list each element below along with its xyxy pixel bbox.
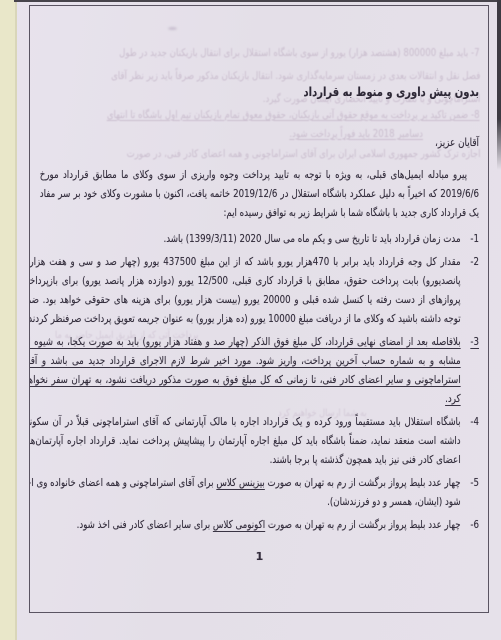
letter-content: بدون پیش داوری و منوط به قرارداد آقایان …: [30, 6, 488, 612]
list-item: 3- بلافاصله بعد از امضای نهایی قرارداد، …: [30, 332, 479, 408]
item-number: 1-: [470, 229, 479, 248]
item-number: 3-: [470, 332, 479, 351]
text-segment: باشگاه استقلال باید مستقیماً ورود کرده و…: [30, 415, 461, 466]
numbered-clause-list: 1- مدت زمان قرارداد باید تا تاریخ سی و ی…: [39, 229, 479, 534]
scan-edge-strip: [0, 0, 17, 640]
text-segment: مدت زمان قرارداد باید تا تاریخ سی و یکم …: [163, 232, 460, 245]
scan-top-edge-line: [14, 0, 501, 2]
list-item: 4- باشگاه استقلال باید مستقیماً ورود کرد…: [30, 412, 479, 469]
item-number: 4-: [470, 412, 479, 431]
text-segment: برای سایر اعضای کادر فنی اخذ شود.: [77, 518, 213, 531]
item-text: چهار عدد بلیط پرواز برگشت از رم به تهران…: [77, 518, 461, 531]
page-border: بدون پیش داوری و منوط به قرارداد آقایان …: [29, 5, 489, 613]
letter-heading: بدون پیش داوری و منوط به قرارداد: [40, 84, 479, 100]
list-item: 5- چهار عدد بلیط پرواز برگشت از رم به ته…: [30, 473, 479, 511]
item-number: 6-: [470, 515, 479, 534]
page-number: 1: [40, 550, 479, 563]
intro-paragraph: پیرو مبادله ایمیل‌های قبلی، به ویژه با ت…: [40, 165, 479, 222]
item-text: مقدار کل وجه قرارداد باید برابر با 470هز…: [30, 255, 461, 325]
text-segment: بلافاصله بعد از امضای نهایی قرارداد، کل …: [30, 335, 461, 405]
list-item: 1- مدت زمان قرارداد باید تا تاریخ سی و ی…: [30, 229, 479, 248]
text-segment: مقدار کل وجه قرارداد باید برابر با 470هز…: [30, 255, 461, 325]
scan-right-edge-line: [497, 0, 501, 170]
scanned-letter: 7- باید مبلغ 800000 (هشتصد هزار) یورو از…: [0, 0, 501, 640]
salutation: آقایان عزیز،: [40, 136, 479, 150]
list-item: 2- مقدار کل وجه قرارداد باید برابر با 47…: [30, 252, 479, 328]
item-text: چهار عدد بلیط پرواز برگشت از رم به تهران…: [30, 476, 461, 508]
item-text: بلافاصله بعد از امضای نهایی قرارداد، کل …: [30, 335, 461, 405]
item-number: 5-: [470, 473, 479, 492]
item-text: مدت زمان قرارداد باید تا تاریخ سی و یکم …: [163, 232, 460, 245]
list-item: 6- چهار عدد بلیط پرواز برگشت از رم به ته…: [30, 515, 479, 534]
item-number: 2-: [470, 252, 479, 271]
underlined-phrase: بیزینس کلاس: [216, 476, 264, 489]
text-segment: چهار عدد بلیط پرواز برگشت از رم به تهران…: [265, 518, 460, 531]
item-text: باشگاه استقلال باید مستقیماً ورود کرده و…: [30, 415, 461, 466]
text-segment: چهار عدد بلیط پرواز برگشت از رم به تهران…: [265, 476, 461, 489]
underlined-phrase: اکونومی کلاس: [213, 518, 265, 531]
